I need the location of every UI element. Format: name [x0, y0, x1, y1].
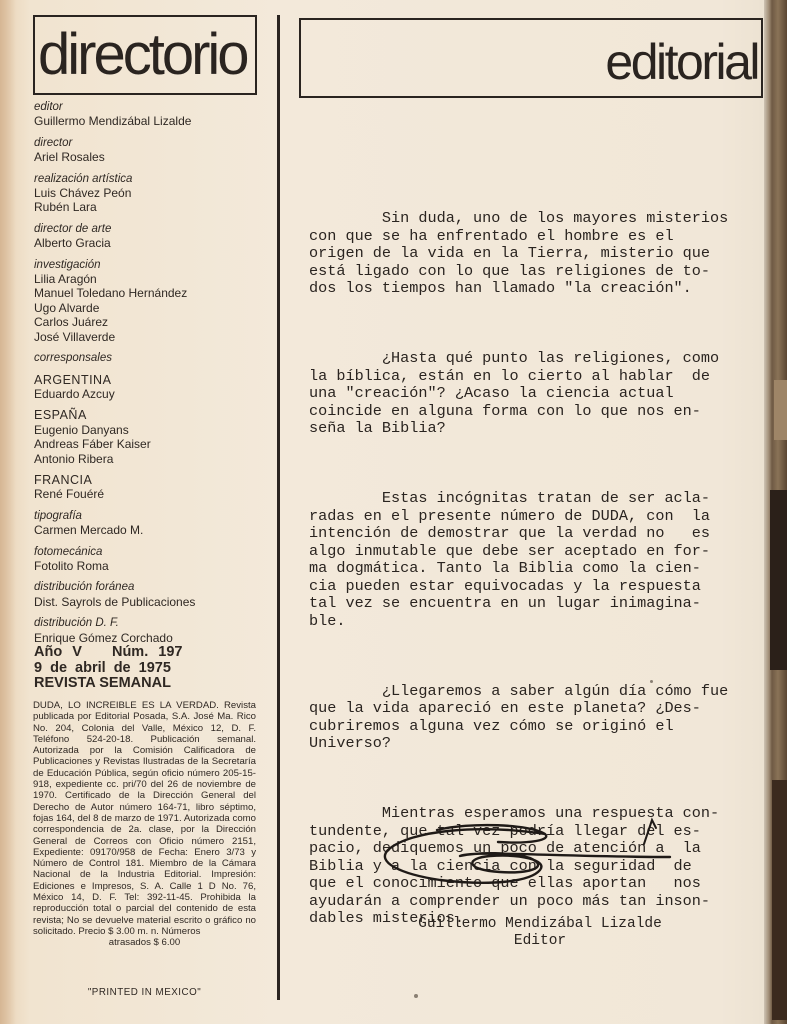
directory-group: ARGENTINAEduardo Azcuy: [34, 373, 264, 402]
signer-title: Editor: [390, 933, 690, 950]
directory-name: Manuel Toledano Hernández: [34, 286, 264, 300]
directory-name: Lilia Aragón: [34, 272, 264, 286]
directory-name: Luis Chávez Peón: [34, 186, 264, 200]
directory-role: distribución D. F.: [34, 616, 264, 630]
directory-name: Rubén Lara: [34, 200, 264, 214]
editorial-paragraph: ¿Hasta qué punto las religiones, como la…: [309, 350, 764, 438]
column-divider: [277, 15, 280, 1000]
issue-number: Año V Núm. 197: [34, 645, 264, 661]
editorial-heading-box: editorial: [299, 18, 763, 98]
directory-role: director: [34, 136, 264, 150]
directory-role: director de arte: [34, 222, 264, 236]
directory-name: Fotolito Roma: [34, 559, 264, 573]
directorio-heading-box: directorio: [33, 15, 257, 95]
directory-country: FRANCIA: [34, 473, 264, 487]
legal-notice: DUDA, LO INCREIBLE ES LA VERDAD. Revista…: [33, 700, 256, 949]
directory-name: Enrique Gómez Corchado: [34, 631, 264, 645]
legal-tail: atrasados $ 6.00: [33, 937, 256, 948]
print-speck: [650, 680, 653, 683]
print-speck: [414, 994, 418, 998]
directory-group: directorAriel Rosales: [34, 136, 264, 165]
directorio-title: directorio: [38, 20, 247, 90]
directory-group: FRANCIARené Fouéré: [34, 473, 264, 502]
signer-name: Guillermo Mendizábal Lizalde: [390, 916, 690, 933]
directory-name: Eugenio Danyans: [34, 423, 264, 437]
page-gutter: [764, 0, 787, 1024]
directory-group: director de arteAlberto Gracia: [34, 222, 264, 251]
legal-text: DUDA, LO INCREIBLE ES LA VERDAD. Revista…: [33, 700, 256, 937]
page-edge-shadow: [0, 0, 16, 1024]
issue-date: 9 de abril de 1975: [34, 661, 264, 677]
directory-role: editor: [34, 100, 264, 114]
editorial-paragraph: Estas incógnitas tratan de ser acla- rad…: [309, 490, 764, 630]
directory-group: tipografíaCarmen Mercado M.: [34, 509, 264, 538]
directory-group: realización artísticaLuis Chávez PeónRub…: [34, 172, 264, 215]
directory-country: ARGENTINA: [34, 373, 264, 387]
directory-country: ESPAÑA: [34, 408, 264, 422]
directory-name: Guillermo Mendizábal Lizalde: [34, 114, 264, 128]
printed-in-mexico: "PRINTED IN MEXICO": [33, 987, 256, 998]
staff-directory: editorGuillermo Mendizábal Lizaldedirect…: [34, 100, 264, 652]
directory-group: corresponsales: [34, 351, 264, 365]
directory-role: corresponsales: [34, 351, 264, 365]
editorial-paragraph: ¿Llegaremos a saber algún día cómo fue q…: [309, 683, 764, 753]
directory-name: Antonio Ribera: [34, 452, 264, 466]
directory-role: distribución foránea: [34, 580, 264, 594]
editorial-title: editorial: [605, 32, 758, 92]
directory-role: tipografía: [34, 509, 264, 523]
directory-role: investigación: [34, 258, 264, 272]
directory-name: Carmen Mercado M.: [34, 523, 264, 537]
directory-group: distribución D. F.Enrique Gómez Corchado: [34, 616, 264, 645]
directory-group: distribución foráneaDist. Sayrols de Pub…: [34, 580, 264, 609]
directory-group: investigaciónLilia AragónManuel Toledano…: [34, 258, 264, 344]
directory-name: Dist. Sayrols de Publicaciones: [34, 595, 264, 609]
directory-role: realización artística: [34, 172, 264, 186]
signature-icon: [380, 812, 680, 892]
issue-info: Año V Núm. 197 9 de abril de 1975 REVIST…: [34, 645, 264, 692]
directory-group: ESPAÑAEugenio DanyansAndreas Fáber Kaise…: [34, 408, 264, 466]
directory-name: José Villaverde: [34, 330, 264, 344]
directory-name: Eduardo Azcuy: [34, 387, 264, 401]
directory-role: fotomecánica: [34, 545, 264, 559]
magazine-page: directorio editorGuillermo Mendizábal Li…: [0, 0, 787, 1024]
directory-group: fotomecánicaFotolito Roma: [34, 545, 264, 574]
directory-name: Ariel Rosales: [34, 150, 264, 164]
directory-name: Carlos Juárez: [34, 315, 264, 329]
directory-name: Andreas Fáber Kaiser: [34, 437, 264, 451]
directory-name: Ugo Alvarde: [34, 301, 264, 315]
editorial-paragraph: Sin duda, uno de los mayores misterios c…: [309, 210, 764, 298]
issue-frequency: REVISTA SEMANAL: [34, 676, 264, 692]
directory-group: editorGuillermo Mendizábal Lizalde: [34, 100, 264, 129]
directory-name: René Fouéré: [34, 487, 264, 501]
directory-name: Alberto Gracia: [34, 236, 264, 250]
signature-block: Guillermo Mendizábal Lizalde Editor: [390, 916, 690, 950]
